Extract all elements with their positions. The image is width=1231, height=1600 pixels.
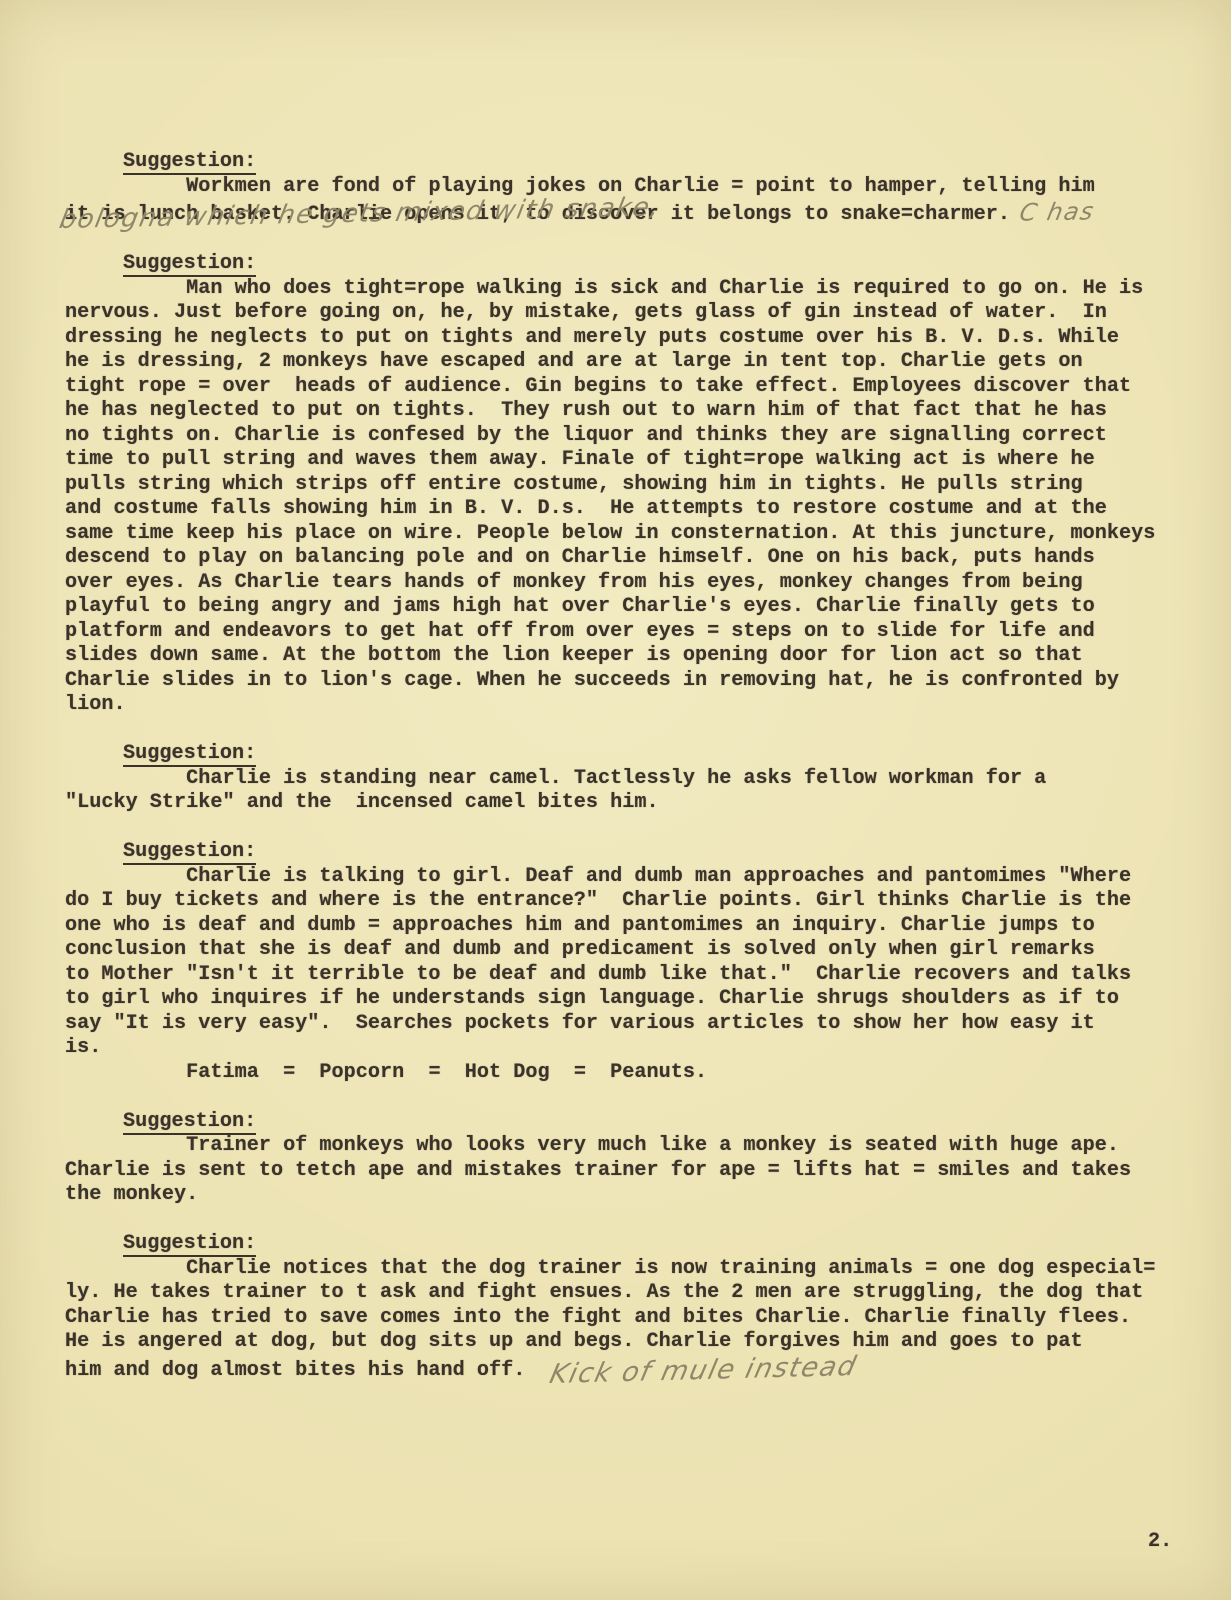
typewritten-content: Suggestion: Workmen are fond of playing … bbox=[65, 150, 1185, 1383]
section-paragraph: Charlie is talking to girl. Deaf and dum… bbox=[65, 865, 1185, 1086]
pencil-annotation-kick-of-mule: Kick of mule instead bbox=[548, 1355, 860, 1387]
section-paragraph: Man who does tight=rope walking is sick … bbox=[65, 277, 1185, 718]
section-heading: Suggestion: bbox=[123, 150, 1185, 175]
section-paragraph: Trainer of monkeys who looks very much l… bbox=[65, 1134, 1185, 1208]
scanned-typescript-page: Suggestion: Workmen are fond of playing … bbox=[0, 0, 1231, 1600]
heading-underlined-text: Suggestion: bbox=[123, 150, 256, 175]
heading-underlined-text: Suggestion: bbox=[123, 252, 256, 277]
suggestion-section-deaf-and-dumb: Suggestion: Charlie is talking to girl. … bbox=[65, 840, 1185, 1085]
suggestion-section-dog-trainer: Suggestion: Charlie notices that the dog… bbox=[65, 1232, 1185, 1383]
suggestion-section-camel: Suggestion: Charlie is standing near cam… bbox=[65, 742, 1185, 816]
section-heading: Suggestion: bbox=[123, 1110, 1185, 1135]
heading-underlined-text: Suggestion: bbox=[123, 742, 256, 767]
heading-underlined-text: Suggestion: bbox=[123, 1232, 256, 1257]
section-heading: Suggestion: bbox=[123, 252, 1185, 277]
pencil-annotation-c-has: C has bbox=[1017, 199, 1096, 225]
section-paragraph: Charlie is standing near camel. Tactless… bbox=[65, 767, 1185, 816]
page-number: 2. bbox=[1148, 1530, 1172, 1555]
section-heading: Suggestion: bbox=[123, 840, 1185, 865]
paragraph-text: Man who does tight=rope walking is sick … bbox=[65, 277, 1155, 717]
section-heading: Suggestion: bbox=[123, 742, 1185, 767]
suggestion-section-monkey-trainer: Suggestion: Trainer of monkeys who looks… bbox=[65, 1110, 1185, 1208]
paragraph-text: Charlie is talking to girl. Deaf and dum… bbox=[65, 865, 1131, 1084]
paragraph-text: Charlie is standing near camel. Tactless… bbox=[65, 767, 1046, 815]
section-paragraph: Charlie notices that the dog trainer is … bbox=[65, 1257, 1185, 1384]
heading-underlined-text: Suggestion: bbox=[123, 840, 256, 865]
paragraph-text: Trainer of monkeys who looks very much l… bbox=[65, 1134, 1131, 1206]
heading-underlined-text: Suggestion: bbox=[123, 1110, 256, 1135]
section-heading: Suggestion: bbox=[123, 1232, 1185, 1257]
suggestion-section-tight-rope: Suggestion: Man who does tight=rope walk… bbox=[65, 252, 1185, 718]
